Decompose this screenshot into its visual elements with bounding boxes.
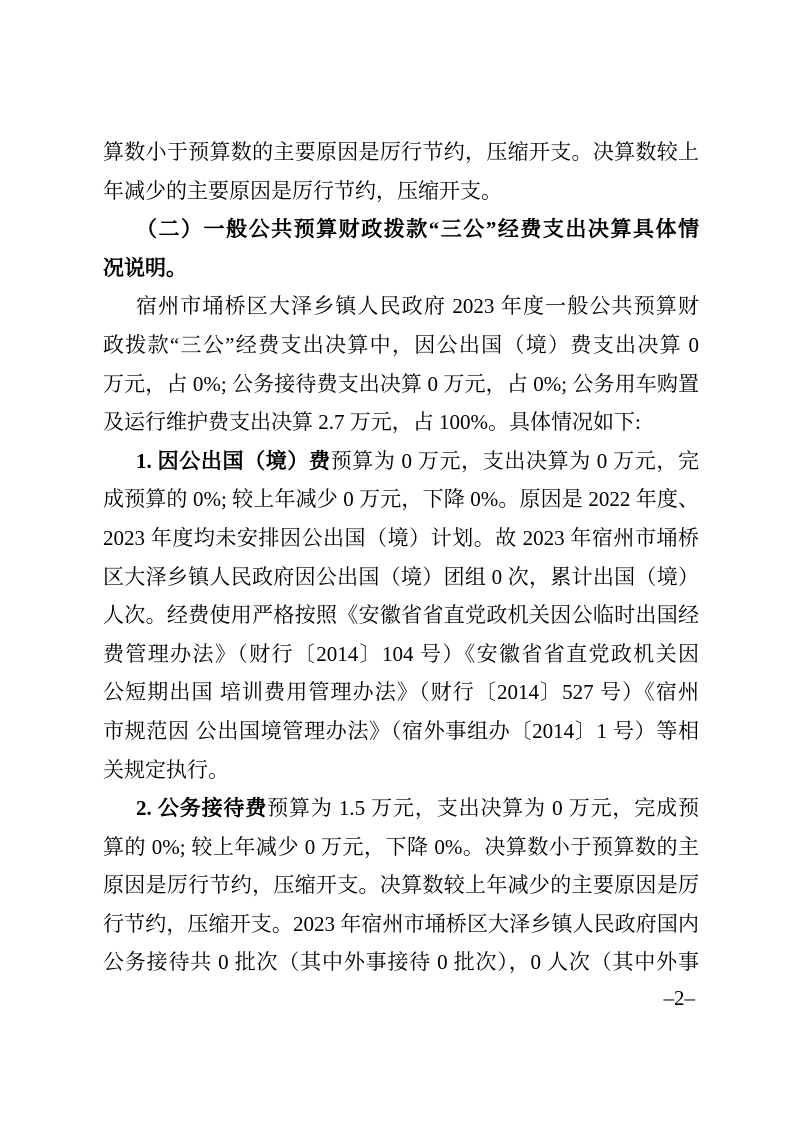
text-line: 及运行维护费支出决算 2.7 万元，占 100%。具体情况如下: [103,403,699,442]
text-line: 算数小于预算数的主要原因是厉行节约，压缩开支。决算数较上 [103,133,699,172]
text-line: 行节约，压缩开支。2023 年宿州市埇桥区大泽乡镇人民政府国内 [103,905,699,944]
text-run: 2023 年度均未安排因公出国（境）计划。故 2023 年宿州市埇桥 [103,526,699,550]
text-line: 算的 0%; 较上年减少 0 万元，下降 0%。决算数小于预算数的主要 [103,828,699,867]
text-run: 预算为 1.5 万元，支出决算为 0 万元，完成预 [267,796,699,820]
text-run: 公务接待共 0 批次（其中外事接待 0 批次），0 人次（其中外事 [103,950,699,974]
text-line: 公务接待共 0 批次（其中外事接待 0 批次），0 人次（其中外事 [103,943,699,982]
text-line: 1. 因公出国（境）费预算为 0 万元，支出决算为 0 万元，完 [103,442,699,481]
section-heading-line: 况说明。 [103,249,699,288]
document-page: 算数小于预算数的主要原因是厉行节约，压缩开支。决算数较上 年减少的主要原因是厉行… [0,0,793,1122]
document-body: 算数小于预算数的主要原因是厉行节约，压缩开支。决算数较上 年减少的主要原因是厉行… [103,133,699,982]
text-run: 关规定执行。 [103,758,229,782]
text-line: 人次。经费使用严格按照《安徽省省直党政机关因公临时出国经 [103,596,699,635]
text-line: 成预算的 0%; 较上年减少 0 万元，下降 0%。原因是 2022 年度、 [103,480,699,519]
text-run: 年减少的主要原因是厉行节约，压缩开支。 [103,179,502,203]
text-run: 市规范因 公出国境管理办法》（宿外事组办〔2014〕1 号）等相 [103,719,699,743]
text-line: 政拨款“三公”经费支出决算中，因公出国（境）费支出决算 0 [103,326,699,365]
text-line: 2. 公务接待费预算为 1.5 万元，支出决算为 0 万元，完成预 [103,789,699,828]
text-run: 万元，占 0%; 公务接待费支出决算 0 万元，占 0%; 公务用车购置 [103,372,699,396]
text-run: 算数小于预算数的主要原因是厉行节约，压缩开支。决算数较上 [103,140,699,164]
text-run: 政拨款“三公”经费支出决算中，因公出国（境）费支出决算 0 [103,333,699,357]
text-line: 关规定执行。 [103,751,699,790]
text-run: 费管理办法》（财行〔2014〕104 号）《安徽省省直党政机关因 [103,642,699,666]
text-line: 公短期出国 培训费用管理办法》（财行〔2014〕527 号）《宿州 [103,673,699,712]
heading-text: （二）一般公共预算财政拨款“三公”经费支出决算具体情 [136,217,699,241]
text-line: 费管理办法》（财行〔2014〕104 号）《安徽省省直党政机关因 [103,635,699,674]
text-run: 宿州市埇桥区大泽乡镇人民政府 2023 年度一般公共预算财 [136,294,699,318]
text-line: 宿州市埇桥区大泽乡镇人民政府 2023 年度一般公共预算财 [103,287,699,326]
text-run: 公短期出国 培训费用管理办法》（财行〔2014〕527 号）《宿州 [103,680,699,704]
item-label: 1. 因公出国（境）费 [136,449,331,473]
text-run: 区大泽乡镇人民政府因公出国（境）团组 0 次，累计出国（境）0 [103,565,699,597]
text-line: 万元，占 0%; 公务接待费支出决算 0 万元，占 0%; 公务用车购置 [103,365,699,404]
text-line: 2023 年度均未安排因公出国（境）计划。故 2023 年宿州市埇桥 [103,519,699,558]
heading-text: 况说明。 [103,256,187,280]
text-line: 区大泽乡镇人民政府因公出国（境）团组 0 次，累计出国（境）0 [103,558,699,597]
text-run: 及运行维护费支出决算 2.7 万元，占 100%。具体情况如下: [103,410,641,434]
text-run: 成预算的 0%; 较上年减少 0 万元，下降 0%。原因是 2022 年度、 [103,487,699,511]
text-run: 人次。经费使用严格按照《安徽省省直党政机关因公临时出国经 [103,603,699,627]
text-run: 行节约，压缩开支。2023 年宿州市埇桥区大泽乡镇人民政府国内 [103,912,699,936]
page-number: –2– [664,986,696,1010]
item-label: 2. 公务接待费 [136,796,267,820]
text-line: 市规范因 公出国境管理办法》（宿外事组办〔2014〕1 号）等相 [103,712,699,751]
text-run: 算的 0%; 较上年减少 0 万元，下降 0%。决算数小于预算数的主要 [103,835,699,867]
text-run: 原因是厉行节约，压缩开支。决算数较上年减少的主要原因是厉 [103,873,699,897]
text-line: 原因是厉行节约，压缩开支。决算数较上年减少的主要原因是厉 [103,866,699,905]
text-run: 预算为 0 万元，支出决算为 0 万元，完 [331,449,699,473]
text-line: 年减少的主要原因是厉行节约，压缩开支。 [103,172,699,211]
section-heading-line: （二）一般公共预算财政拨款“三公”经费支出决算具体情 [103,210,699,249]
